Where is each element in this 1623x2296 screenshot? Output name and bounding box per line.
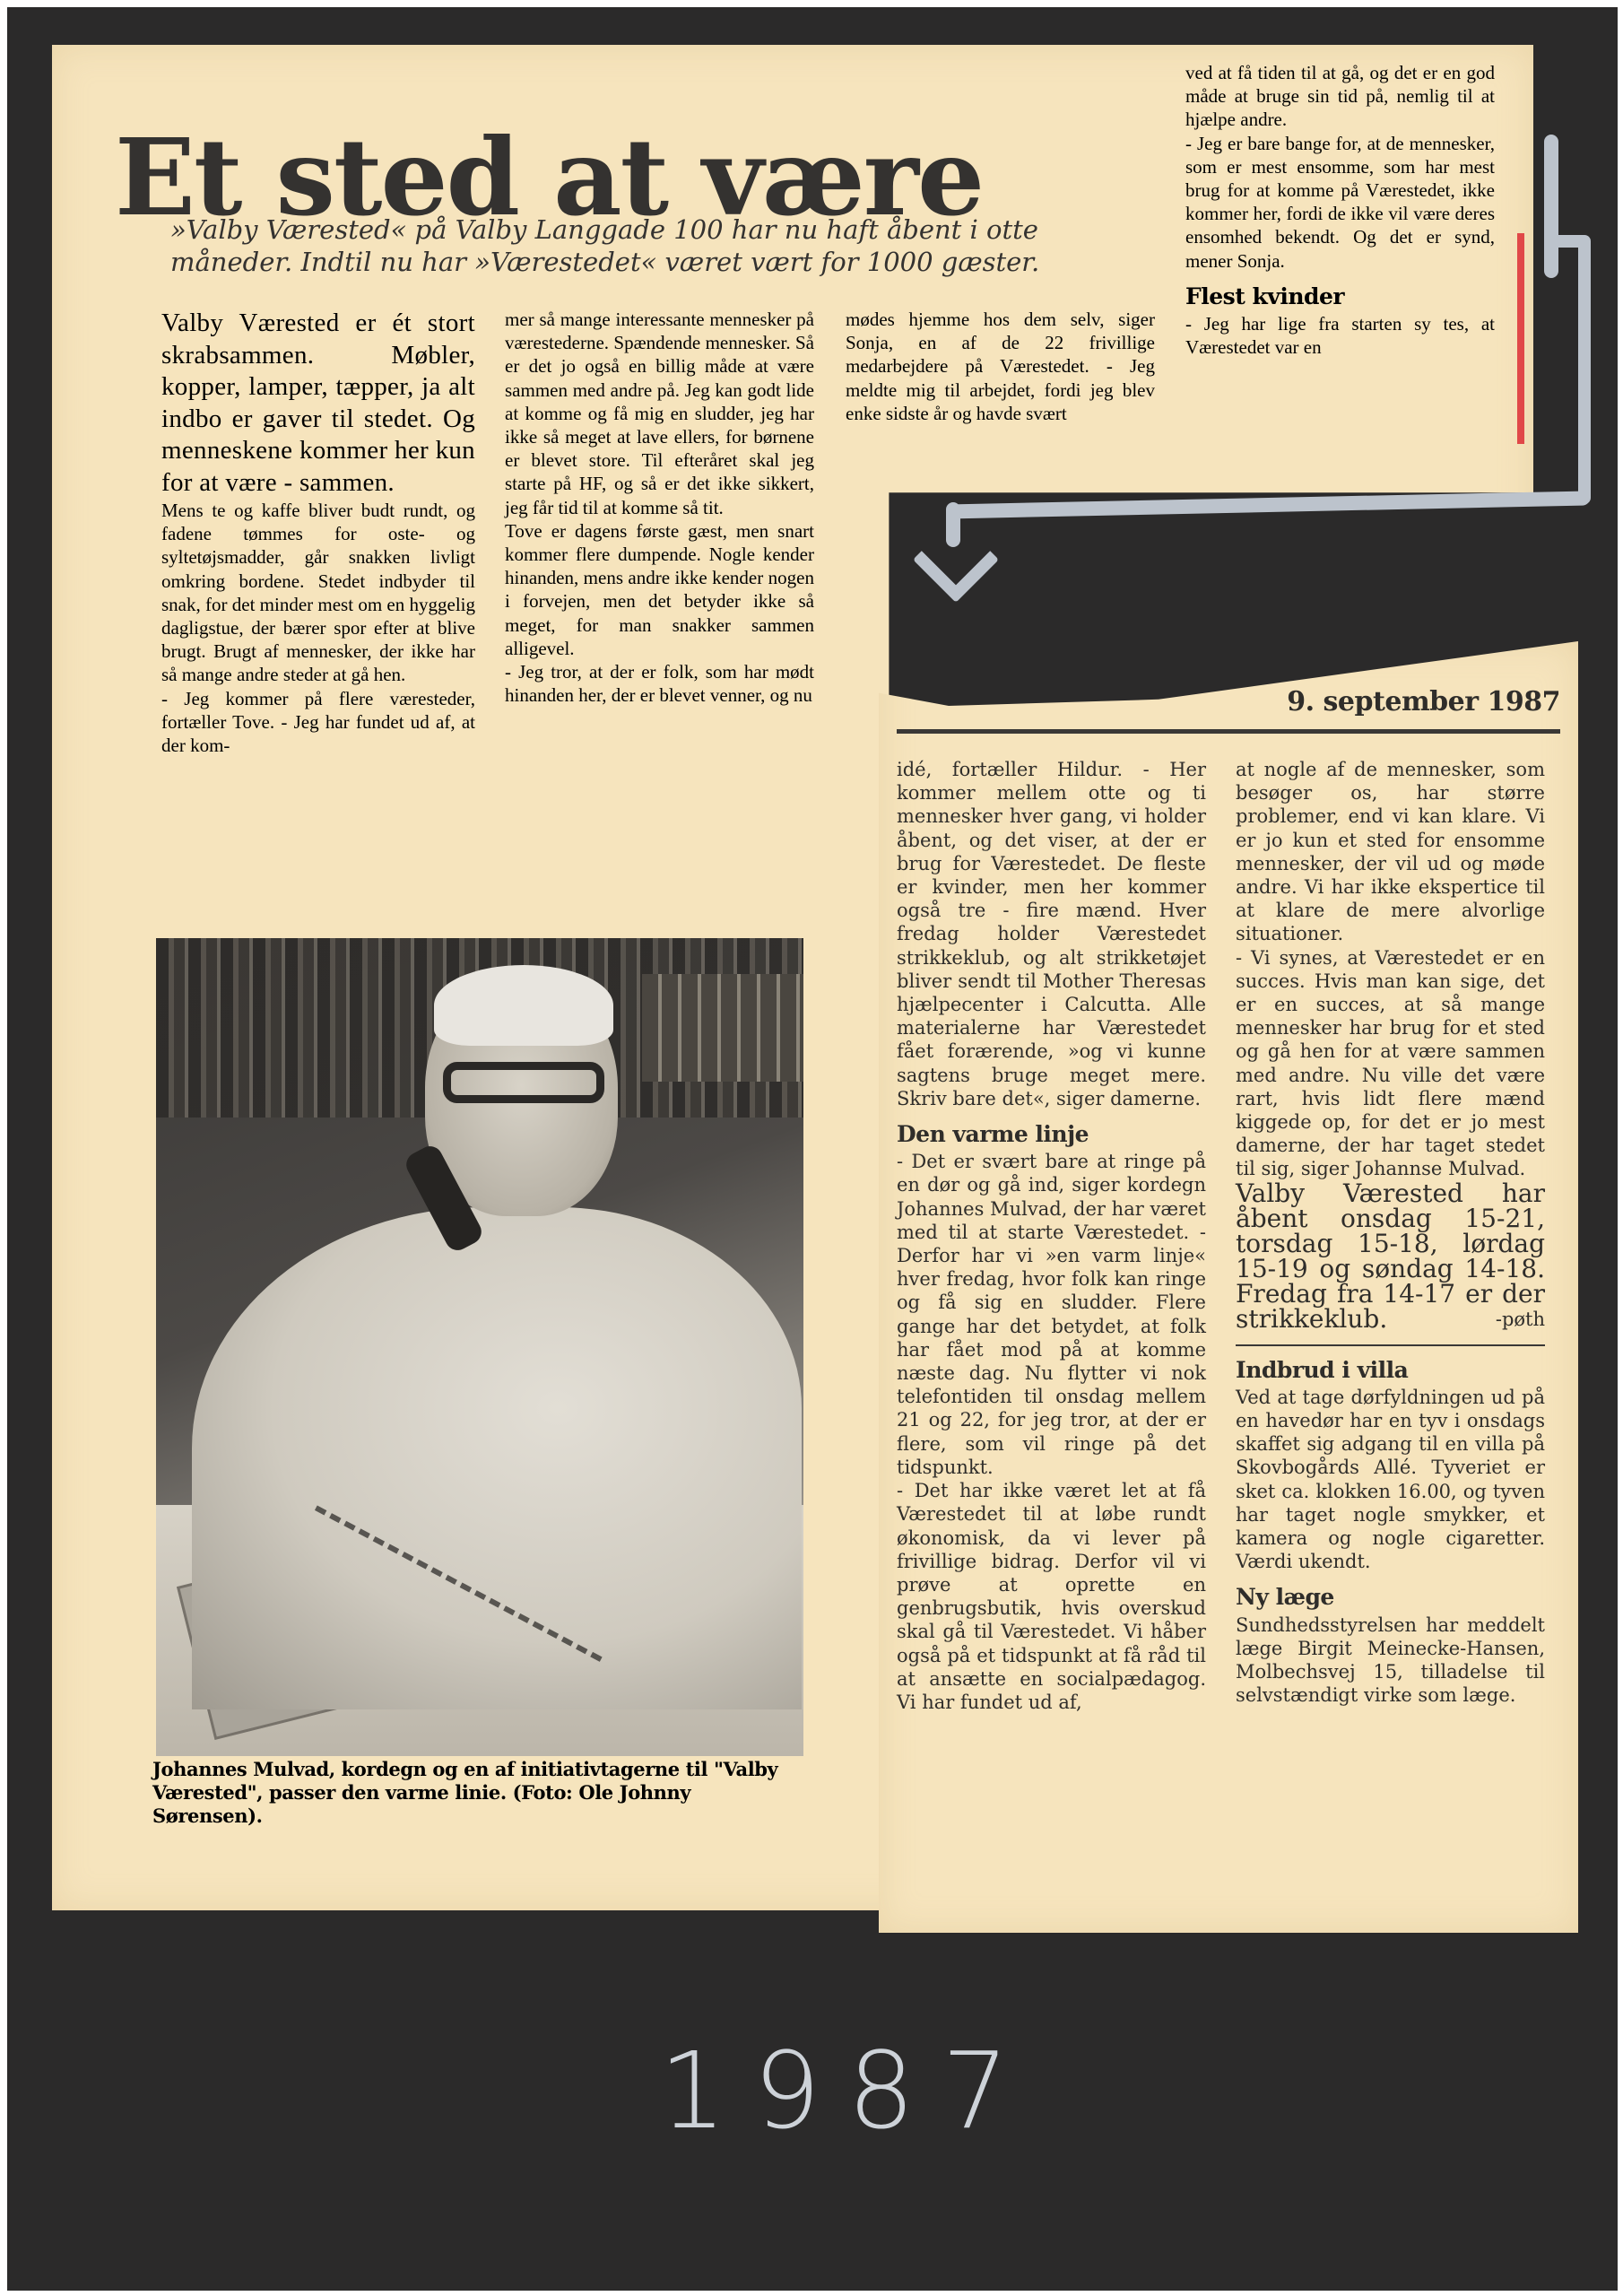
paragraph: - Jeg er bare bange for, at de mennesker… <box>1185 132 1495 273</box>
paragraph: Tove er dagens første gæst, men snart ko… <box>505 519 814 660</box>
paragraph: Mens te og kaffe bliver budt rundt, og f… <box>161 499 475 687</box>
continuation-clipping: 9. september 1987 idé, fortæller Hildur.… <box>879 641 1578 1933</box>
continuation-column-1: idé, fortæller Hildur. - Her kommer mell… <box>897 758 1206 1714</box>
photo-caption: Johannes Mulvad, kordegn og en af initia… <box>152 1758 803 1828</box>
deck: »Valby Værested« på Valby Langgade 100 h… <box>170 213 1166 278</box>
paragraph: - Jeg kommer på flere væresteder, fortæl… <box>161 687 475 758</box>
article-column-4: ved at få tiden til at gå, og det er en … <box>1185 61 1495 359</box>
divider <box>897 729 1560 734</box>
paragraph: ved at få tiden til at gå, og det er en … <box>1185 61 1495 132</box>
continuation-column-2: at nogle af de mennesker, som besøger os… <box>1236 758 1545 1708</box>
brief-title: Ny læge <box>1236 1586 1545 1609</box>
brief-body: Ved at tage dørfyldningen ud på en haved… <box>1236 1386 1545 1574</box>
paragraph: - Det har ikke været let at få Værestede… <box>897 1479 1206 1714</box>
red-edge <box>1517 233 1524 444</box>
glasses <box>443 1062 604 1103</box>
byline: -pøth <box>1496 1307 1545 1332</box>
brief-title: Indbrud i villa <box>1236 1359 1545 1382</box>
paragraph: at nogle af de mennesker, som besøger os… <box>1236 758 1545 946</box>
marker-arrow-segment <box>1544 135 1558 278</box>
marker-arrow-segment <box>1578 235 1591 504</box>
paragraph: - Jeg tror, at der er folk, som har mødt… <box>505 660 814 707</box>
article-column-3: mødes hjemme hos dem selv, siger Sonja, … <box>846 308 1155 425</box>
brief-body: Sundhedsstyrelsen har meddelt læge Birgi… <box>1236 1613 1545 1708</box>
divider <box>1236 1344 1545 1346</box>
person-hair <box>434 965 613 1046</box>
article-column-1: Valby Værested er ét stort skrabsammen. … <box>161 308 475 757</box>
paragraph: mer så mange interessante mennesker på v… <box>505 308 814 519</box>
handwritten-year: 1987 <box>659 2029 1036 2152</box>
paragraph: mødes hjemme hos dem selv, siger Sonja, … <box>846 308 1155 425</box>
paragraph: idé, fortæller Hildur. - Her kommer mell… <box>897 758 1206 1110</box>
bookshelf-right <box>642 974 803 1082</box>
photo: VALBY <box>156 938 803 1756</box>
subhead-flest-kvinder: Flest kvinder <box>1185 285 1495 309</box>
paragraph: - Det er svært bare at ringe på en dør o… <box>897 1150 1206 1479</box>
dateline: 9. september 1987 <box>1287 686 1560 717</box>
opening-hours: Valby Værested har åbent onsdag 15-21, t… <box>1236 1181 1545 1332</box>
article-column-2: mer så mange interessante mennesker på v… <box>505 308 814 707</box>
paragraph: - Jeg har lige fra starten sy tes, at Væ… <box>1185 312 1495 359</box>
subhead-den-varme-linje: Den varme linje <box>897 1123 1206 1146</box>
paragraph: - Vi synes, at Værestedet er en succes. … <box>1236 946 1545 1181</box>
lead-paragraph: Valby Værested er ét stort skrabsammen. … <box>161 308 475 499</box>
